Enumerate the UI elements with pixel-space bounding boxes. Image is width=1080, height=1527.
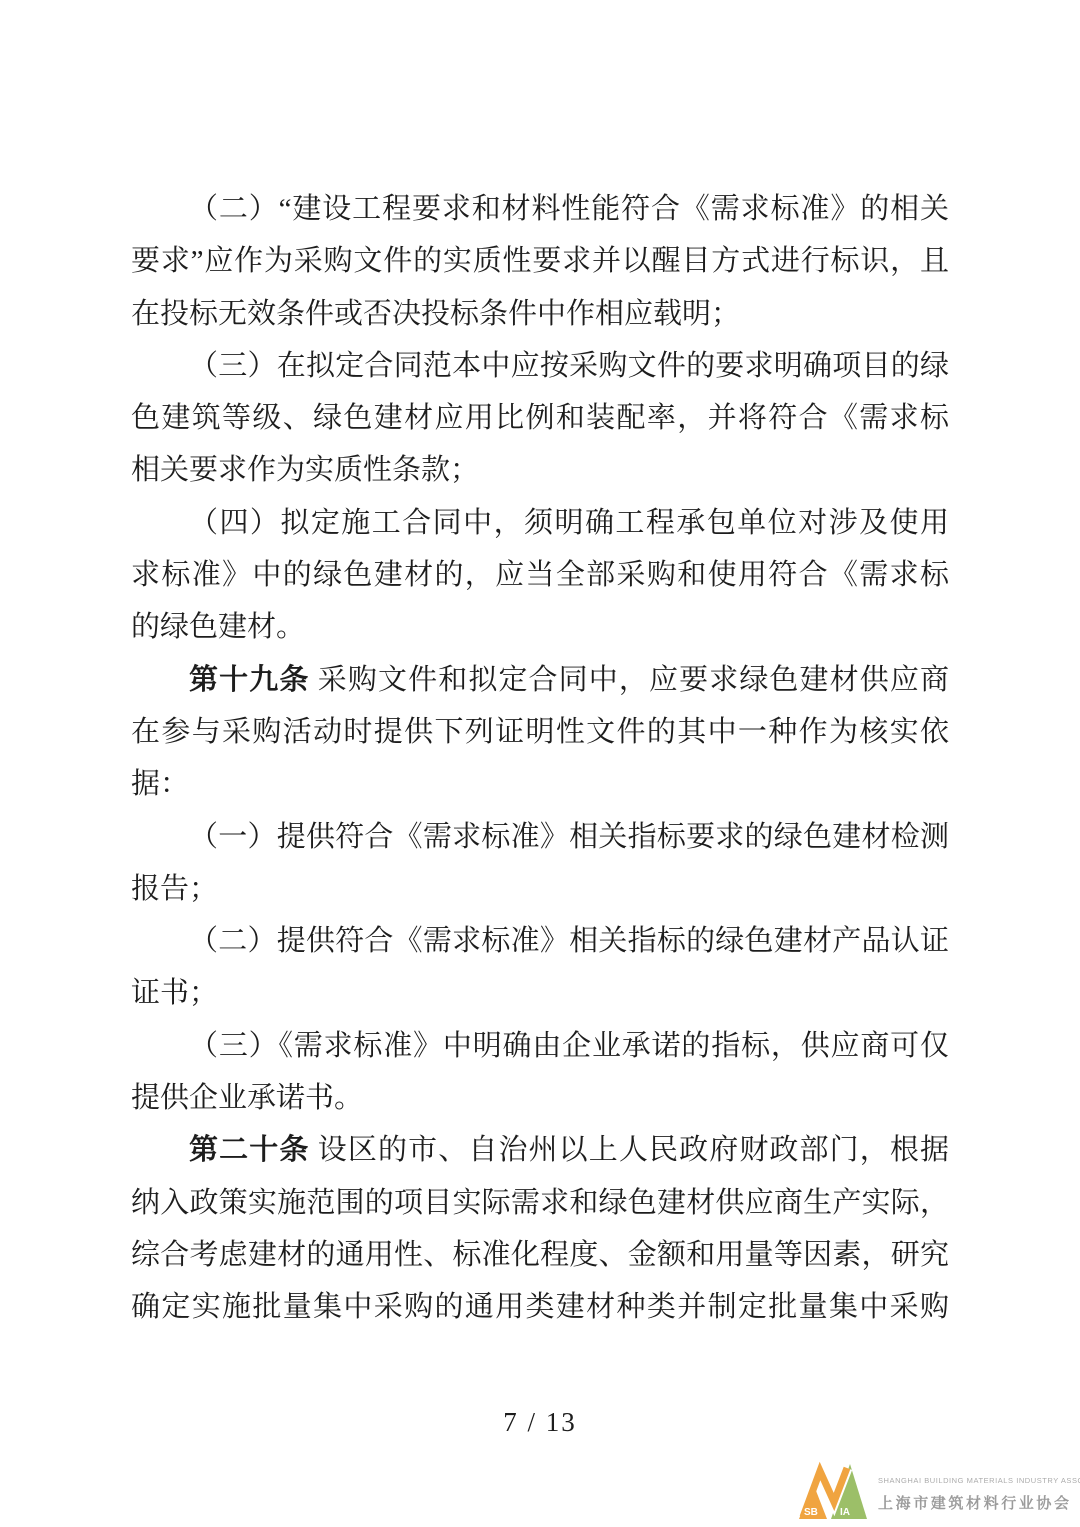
- text-segment: 在投标无效条件或否决投标条件中作相应载明；: [131, 298, 740, 330]
- text-segment: 色建筑等级、绿色建材应用比例和装配率，并将符合《需求标准》: [131, 402, 949, 444]
- text-line: （一）提供符合《需求标准》相关指标要求的绿色建材检测: [131, 811, 949, 863]
- text-segment: 相关要求作为实质性条款；: [131, 454, 479, 486]
- logo-chinese-name: 上海市建筑材料行业协会: [878, 1492, 1068, 1513]
- text-line: 色建筑等级、绿色建材应用比例和装配率，并将符合《需求标准》: [131, 392, 949, 444]
- text-line: （二）提供符合《需求标准》相关指标的绿色建材产品认证: [131, 915, 949, 967]
- paragraph: （三）在拟定合同范本中应按采购文件的要求明确项目的绿色建筑等级、绿色建材应用比例…: [131, 340, 949, 497]
- text-segment: 据：: [131, 768, 189, 800]
- text-line: 求标准》中的绿色建材的，应当全部采购和使用符合《需求标准》: [131, 549, 949, 601]
- text-line: （四）拟定施工合同中，须明确工程承包单位对涉及使用《需: [131, 497, 949, 549]
- logo-letters-right: IA: [840, 1507, 850, 1518]
- text-line: 在投标无效条件或否决投标条件中作相应载明；: [131, 288, 949, 340]
- text-line: （二）“建设工程要求和材料性能符合《需求标准》的相关: [131, 183, 949, 235]
- page: { "page": { "background": "#ffffff", "te…: [0, 0, 1080, 1527]
- document-body: （二）“建设工程要求和材料性能符合《需求标准》的相关要求”应作为采购文件的实质性…: [131, 183, 949, 1334]
- text-line: 报告；: [131, 863, 949, 915]
- paragraph: 第二十条 设区的市、自治州以上人民政府财政部门，根据纳入政策实施范围的项目实际需…: [131, 1124, 949, 1333]
- text-segment: （三）在拟定合同范本中应按采购文件的要求明确项目的绿: [189, 350, 949, 382]
- text-segment: （四）拟定施工合同中，须明确工程承包单位对涉及使用《需: [131, 507, 949, 549]
- text-segment: （三）《需求标准》中明确由企业承诺的指标，供应商可仅: [189, 1030, 949, 1062]
- association-logo: SB IA SHANGHAI BUILDING MATERIALS INDUST…: [797, 1459, 1067, 1525]
- text-segment: （二）“建设工程要求和材料性能符合《需求标准》的相关: [189, 193, 949, 225]
- text-segment: 确定实施批量集中采购的通用类建材种类并制定批量集中采购: [131, 1291, 949, 1323]
- text-line: 要求”应作为采购文件的实质性要求并以醒目方式进行标识，且: [131, 235, 949, 287]
- page-number: 7 / 13: [0, 1407, 1080, 1438]
- association-logo-mark-icon: SB IA: [797, 1461, 873, 1523]
- paragraph: （二）提供符合《需求标准》相关指标的绿色建材产品认证证书；: [131, 915, 949, 1020]
- text-line: 据：: [131, 758, 949, 810]
- text-line: （三）在拟定合同范本中应按采购文件的要求明确项目的绿: [131, 340, 949, 392]
- paragraph: （四）拟定施工合同中，须明确工程承包单位对涉及使用《需求标准》中的绿色建材的，应…: [131, 497, 949, 654]
- text-line: 第十九条 采购文件和拟定合同中，应要求绿色建材供应商: [131, 654, 949, 706]
- text-line: 提供企业承诺书。: [131, 1072, 949, 1124]
- text-line: 第二十条 设区的市、自治州以上人民政府财政部门，根据: [131, 1124, 949, 1176]
- text-segment: （二）提供符合《需求标准》相关指标的绿色建材产品认证: [189, 925, 949, 957]
- text-segment: 在参与采购活动时提供下列证明性文件的其中一种作为核实依: [131, 716, 949, 748]
- text-segment: 提供企业承诺书。: [131, 1082, 363, 1114]
- text-segment: 证书；: [131, 977, 218, 1009]
- paragraph: （二）“建设工程要求和材料性能符合《需求标准》的相关要求”应作为采购文件的实质性…: [131, 183, 949, 340]
- text-segment: 设区的市、自治州以上人民政府财政部门，根据: [309, 1134, 949, 1166]
- text-segment: 纳入政策实施范围的项目实际需求和绿色建材供应商生产实际，: [131, 1187, 949, 1219]
- logo-english-name: SHANGHAI BUILDING MATERIALS INDUSTRY ASS…: [878, 1476, 1068, 1485]
- text-segment: 求标准》中的绿色建材的，应当全部采购和使用符合《需求标准》: [131, 559, 949, 601]
- paragraph: （一）提供符合《需求标准》相关指标要求的绿色建材检测报告；: [131, 811, 949, 916]
- logo-text-block: SHANGHAI BUILDING MATERIALS INDUSTRY ASS…: [878, 1476, 1068, 1513]
- text-segment: 要求”应作为采购文件的实质性要求并以醒目方式进行标识，且: [131, 245, 949, 277]
- text-line: 在参与采购活动时提供下列证明性文件的其中一种作为核实依: [131, 706, 949, 758]
- text-line: 相关要求作为实质性条款；: [131, 444, 949, 496]
- text-line: 的绿色建材。: [131, 601, 949, 653]
- text-segment: 的绿色建材。: [131, 611, 305, 643]
- text-segment: 综合考虑建材的通用性、标准化程度、金额和用量等因素，研究: [131, 1239, 949, 1271]
- paragraph: 第十九条 采购文件和拟定合同中，应要求绿色建材供应商在参与采购活动时提供下列证明…: [131, 654, 949, 811]
- text-line: 纳入政策实施范围的项目实际需求和绿色建材供应商生产实际，: [131, 1177, 949, 1229]
- text-segment: 报告；: [131, 873, 218, 905]
- text-line: 综合考虑建材的通用性、标准化程度、金额和用量等因素，研究: [131, 1229, 949, 1281]
- text-segment: （一）提供符合《需求标准》相关指标要求的绿色建材检测: [189, 821, 949, 853]
- logo-letters-left: SB: [804, 1507, 818, 1518]
- article-number: 第十九条: [189, 664, 309, 696]
- text-segment: 采购文件和拟定合同中，应要求绿色建材供应商: [309, 664, 949, 696]
- text-line: 确定实施批量集中采购的通用类建材种类并制定批量集中采购: [131, 1281, 949, 1333]
- text-line: （三）《需求标准》中明确由企业承诺的指标，供应商可仅: [131, 1020, 949, 1072]
- text-line: 证书；: [131, 967, 949, 1019]
- paragraph: （三）《需求标准》中明确由企业承诺的指标，供应商可仅提供企业承诺书。: [131, 1020, 949, 1125]
- article-number: 第二十条: [189, 1134, 309, 1166]
